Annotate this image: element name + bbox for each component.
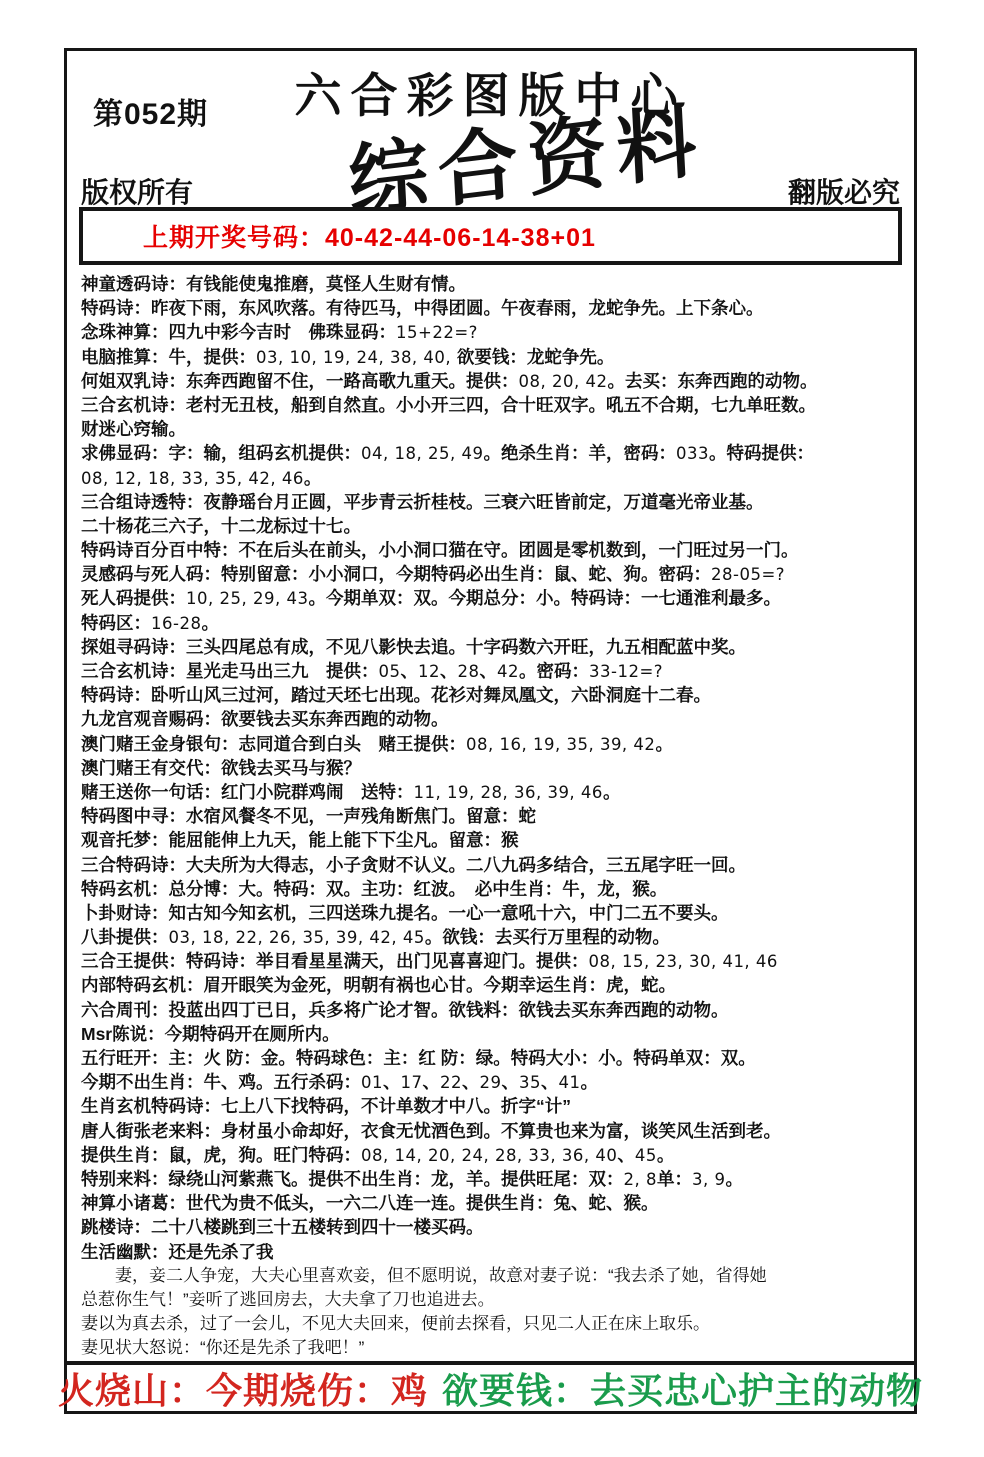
content-line: 三合组诗透特：夜静瑶台月正圆，平步青云折桂枝。三衰六旺皆前定，万道毫光帝业基。 (81, 490, 910, 514)
number-run: 05 (379, 662, 401, 681)
content-line: 求佛显码：字：输，组码玄机提供：04, 18, 25, 49。绝杀生肖：羊，密码… (81, 441, 910, 465)
content-line: 二十杨花三六子，十二龙标过十七。 (81, 514, 910, 538)
content-line: 跳楼诗：二十八楼跳到三十五楼转到四十一楼买码。 (81, 1215, 910, 1239)
anti-piracy-notice: 翻版必究 (788, 171, 900, 211)
content-line: 生活幽默：还是先杀了我 (81, 1240, 910, 1264)
number-run: 2, 8 (624, 1170, 658, 1189)
content-line: 三合王提供：特码诗：举目看星星满天，出门见喜喜迎门。提供：08, 15, 23,… (81, 949, 910, 973)
last-draw-numbers: 上期开奖号码：40-42-44-06-14-38+01 (143, 218, 596, 254)
content-line: 死人码提供：10, 25, 29, 43。今期单双：双。今期总分：小。特码诗：一… (81, 586, 910, 610)
content-line: 生肖玄机特码诗：七上八下找特码，不计单数才中八。折字“计” (81, 1094, 910, 1118)
number-run: 28-05=? (711, 565, 785, 584)
content-line: 灵感码与死人码：特别留意：小小洞口，今期特码必出生肖：鼠、蛇、狗。密码：28-0… (81, 562, 910, 586)
content-line: 特码玄机：总分博：大。特码：双。主功：红波。 必中生肖：牛，龙，猴。 (81, 877, 910, 901)
content-line: 澳门赌王金身银句：志同道合到白头 赌王提供：08, 16, 19, 35, 39… (81, 732, 910, 756)
content-line: 特别来料：绿绕山河紫燕飞。提供不出生肖：龙，羊。提供旺尾：双：2, 8单：3, … (81, 1167, 910, 1191)
content-line: 总惹你生气！”妾听了逃回房去，大夫拿了刀也追进去。 (81, 1288, 910, 1312)
content-line: 财迷心窍输。 (81, 417, 910, 441)
number-run: 45 (635, 1146, 657, 1165)
content-line: 三合玄机诗：星光走马出三九 提供：05、12、28、42。密码：33-12=? (81, 659, 910, 683)
content-line: 赌王送你一句话：红门小院群鸡闹 送特：11, 19, 28, 36, 39, 4… (81, 780, 910, 804)
content-line: 妻见状大怒说：“你还是先杀了我吧！” (81, 1336, 910, 1360)
footer-segment: 欲要钱：去买忠心护主的动物 (442, 1363, 923, 1414)
number-run: 08, 16, 19, 35, 39, 42 (466, 735, 655, 754)
footer-banner: 火烧山：今期烧伤：鸡欲要钱：去买忠心护主的动物 (67, 1361, 914, 1411)
number-run: 12 (418, 662, 440, 681)
content-line: 妻以为真去杀，过了一会儿，不见大夫回来，便前去探看，只见二人正在床上取乐。 (81, 1312, 910, 1336)
number-run: 01 (361, 1073, 383, 1092)
number-run: 17 (401, 1073, 423, 1092)
content-line: 六合周刊：投蓝出四丁已日，兵多将广论才智。欲钱料：欲钱去买东奔西跑的动物。 (81, 998, 910, 1022)
content-line: 九龙宫观音赐码：欲要钱去买东奔西跑的动物。 (81, 707, 910, 731)
number-run: 08, 20, 42 (519, 372, 608, 391)
content-line: 特码区：16-28。 (81, 611, 910, 635)
last-draw-box: 上期开奖号码：40-42-44-06-14-38+01 (79, 207, 902, 265)
number-run: 3, 9 (692, 1170, 726, 1189)
content-line: 三合玄机诗：老村无丑枝，船到自然直。小小开三四，合十旺双字。吼五不合期，七九单旺… (81, 393, 910, 417)
number-run: 16-28 (151, 614, 201, 633)
number-run: 42 (497, 662, 519, 681)
content-line: 三合特码诗：大夫所为大得志，小子贪财不认义。二八九码多结合，三五尾字旺一回。 (81, 853, 910, 877)
content-line: 提供生肖：鼠，虎，狗。旺门特码：08, 14, 20, 24, 28, 33, … (81, 1143, 910, 1167)
content-line: 五行旺开：主：火 防：金。特码球色：主：红 防：绿。特码大小：小。特码单双：双。 (81, 1046, 910, 1070)
number-run: 04, 18, 25, 49 (361, 444, 483, 463)
number-run: 11, 19, 28, 36, 39, 46 (414, 783, 603, 802)
content-line: 卜卦财诗：知古知今知玄机，三四送珠九提名。一心一意吼十六，中门二五不要头。 (81, 901, 910, 925)
content-line: 08, 12, 18, 33, 35, 42, 46。 (81, 466, 910, 490)
number-run: 33-12=? (589, 662, 663, 681)
content-line: 念珠神算：四九中彩今吉时 佛珠显码：15+22=? (81, 320, 910, 344)
number-run: 08, 12, 18, 33, 35, 42, 46 (81, 469, 304, 488)
copyright-notice: 版权所有 (81, 171, 193, 211)
content-line: 何姐双乳诗：东奔西跑留不住，一路高歌九重天。提供：08, 20, 42。去买：东… (81, 369, 910, 393)
content-line: 特码诗：卧听山风三过河，踏过天坯七出现。花衫对舞凤凰文，六卧洞庭十二春。 (81, 683, 910, 707)
number-run: 03, 10, 19, 24, 38, 40, (256, 348, 457, 367)
content-line: 澳门赌王有交代：欲钱去买马与猴？ (81, 756, 910, 780)
number-run: 41 (559, 1073, 581, 1092)
number-run: 08, 15, 23, 30, 41, 46 (589, 952, 778, 971)
content-lines: 神童透码诗：有钱能使鬼推磨，莫怪人生财有情。特码诗：昨夜下雨，东风吹落。有待匹马… (81, 272, 910, 1360)
number-run: 35 (519, 1073, 541, 1092)
content-line: 特码诗：昨夜下雨，东风吹落。有待匹马，中得团圆。午夜春雨，龙蛇争先。上下条心。 (81, 296, 910, 320)
number-run: 03, 18, 22, 26, 35, 39, 42, 45 (169, 928, 425, 947)
content-line: 神算小诸葛：世代为贵不低头，一六二八连一连。提供生肖：兔、蛇、猴。 (81, 1191, 910, 1215)
content-line: Msr陈说：今期特码开在厕所内。 (81, 1022, 910, 1046)
content-line: 电脑推算：牛，提供：03, 10, 19, 24, 38, 40, 欲要钱：龙蛇… (81, 345, 910, 369)
content-line: 内部特码玄机：眉开眼笑为金死，明朝有祸也心甘。今期幸运生肖：虎，蛇。 (81, 973, 910, 997)
content-line: 妻，妾二人争宠，大夫心里喜欢妾，但不愿明说，故意对妻子说：“我去杀了她，省得她 (81, 1264, 910, 1288)
number-run: 28 (458, 662, 480, 681)
number-run: 22 (440, 1073, 462, 1092)
page-frame: 第052期 六合彩图版中心 综合资料 版权所有 翻版必究 上期开奖号码：40-4… (64, 48, 917, 1414)
content-line: 特码诗百分百中特：不在后头在前头，小小洞口猫在守。团圆是零机数到，一门旺过另一门… (81, 538, 910, 562)
content-line: 神童透码诗：有钱能使鬼推磨，莫怪人生财有情。 (81, 272, 910, 296)
number-run: 29 (480, 1073, 502, 1092)
content-line: 唐人街张老来料：身材虽小命却好，衣食无忧酒色到。不算贵也来为富，谈笑风生活到老。 (81, 1119, 910, 1143)
content-line: 特码图中寻：水宿风餐冬不见，一声残角断焦门。留意：蛇 (81, 804, 910, 828)
content-line: 今期不出生肖：牛、鸡。五行杀码：01、17、22、29、35、41。 (81, 1070, 910, 1094)
number-run: 033 (676, 444, 709, 463)
number-run: 08, 14, 20, 24, 28, 33, 36, 40 (361, 1146, 617, 1165)
content-line: 观音托梦：能屈能伸上九天，能上能下下尘凡。留意：猴 (81, 828, 910, 852)
footer-segment: 火烧山：今期烧伤：鸡 (58, 1363, 428, 1414)
content-line: 探姐寻码诗：三头四尾总有成，不见八影快去追。十字码数六开旺，九五相配蓝中奖。 (81, 635, 910, 659)
content-line: 八卦提供：03, 18, 22, 26, 35, 39, 42, 45。欲钱：去… (81, 925, 910, 949)
number-run: 10, 25, 29, 43 (186, 589, 308, 608)
number-run: 15+22=? (396, 323, 478, 342)
